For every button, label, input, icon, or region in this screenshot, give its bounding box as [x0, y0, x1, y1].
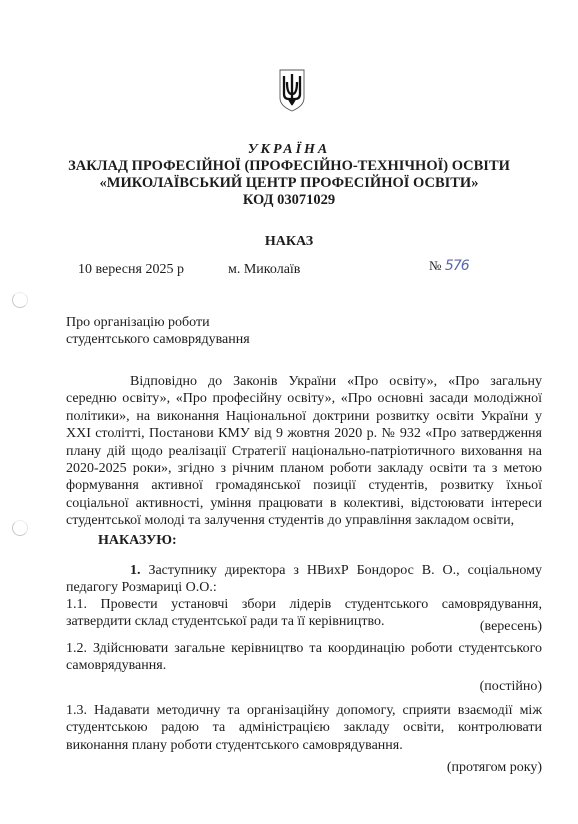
number-sign: №: [429, 258, 441, 273]
institution-name-line2: «МИКОЛАЇВСЬКИЙ ЦЕНТР ПРОФЕСІЙНОЇ ОСВІТИ»: [0, 175, 578, 192]
trident-coat-of-arms-icon: [278, 68, 306, 112]
institution-name-line1: ЗАКЛАД ПРОФЕСІЙНОЇ (ПРОФЕСІЙНО-ТЕХНІЧНОЇ…: [0, 158, 578, 175]
item-1-1-deadline: (вересень): [66, 619, 542, 635]
institution-code: КОД 03071029: [0, 192, 578, 209]
handwritten-order-number: 576: [445, 258, 469, 274]
item-1-3-text: 1.3. Надавати методичну та організаційну…: [66, 702, 542, 754]
subject-line2: студентського самоврядування: [66, 331, 250, 348]
country-heading: УКРАЇНА: [0, 141, 578, 158]
item-1-2-text: 1.2. Здійснювати загальне керівництво та…: [66, 640, 542, 675]
item-1-2-deadline: (постійно): [66, 679, 542, 695]
order-date: 10 вересня 2025 р: [78, 262, 184, 278]
item-1-3-deadline: (протягом року): [66, 760, 542, 776]
preamble-paragraph: Відповідно до Законів України «Про освіт…: [66, 373, 542, 530]
order-number: № 576: [429, 258, 469, 275]
hole-punch-mark-bottom: [12, 520, 28, 536]
order-city: м. Миколаїв: [228, 262, 300, 278]
hole-punch-mark-top: [12, 292, 28, 308]
item-1-number: 1.: [130, 563, 141, 578]
document-title: НАКАЗ: [0, 233, 578, 250]
order-directive-heading: НАКАЗУЮ:: [98, 533, 177, 549]
subject-line1: Про організацію роботи: [66, 314, 250, 331]
item-1: 1. Заступнику директора з НВихР Бондорос…: [66, 562, 542, 597]
order-subject: Про організацію роботи студентського сам…: [66, 314, 250, 348]
